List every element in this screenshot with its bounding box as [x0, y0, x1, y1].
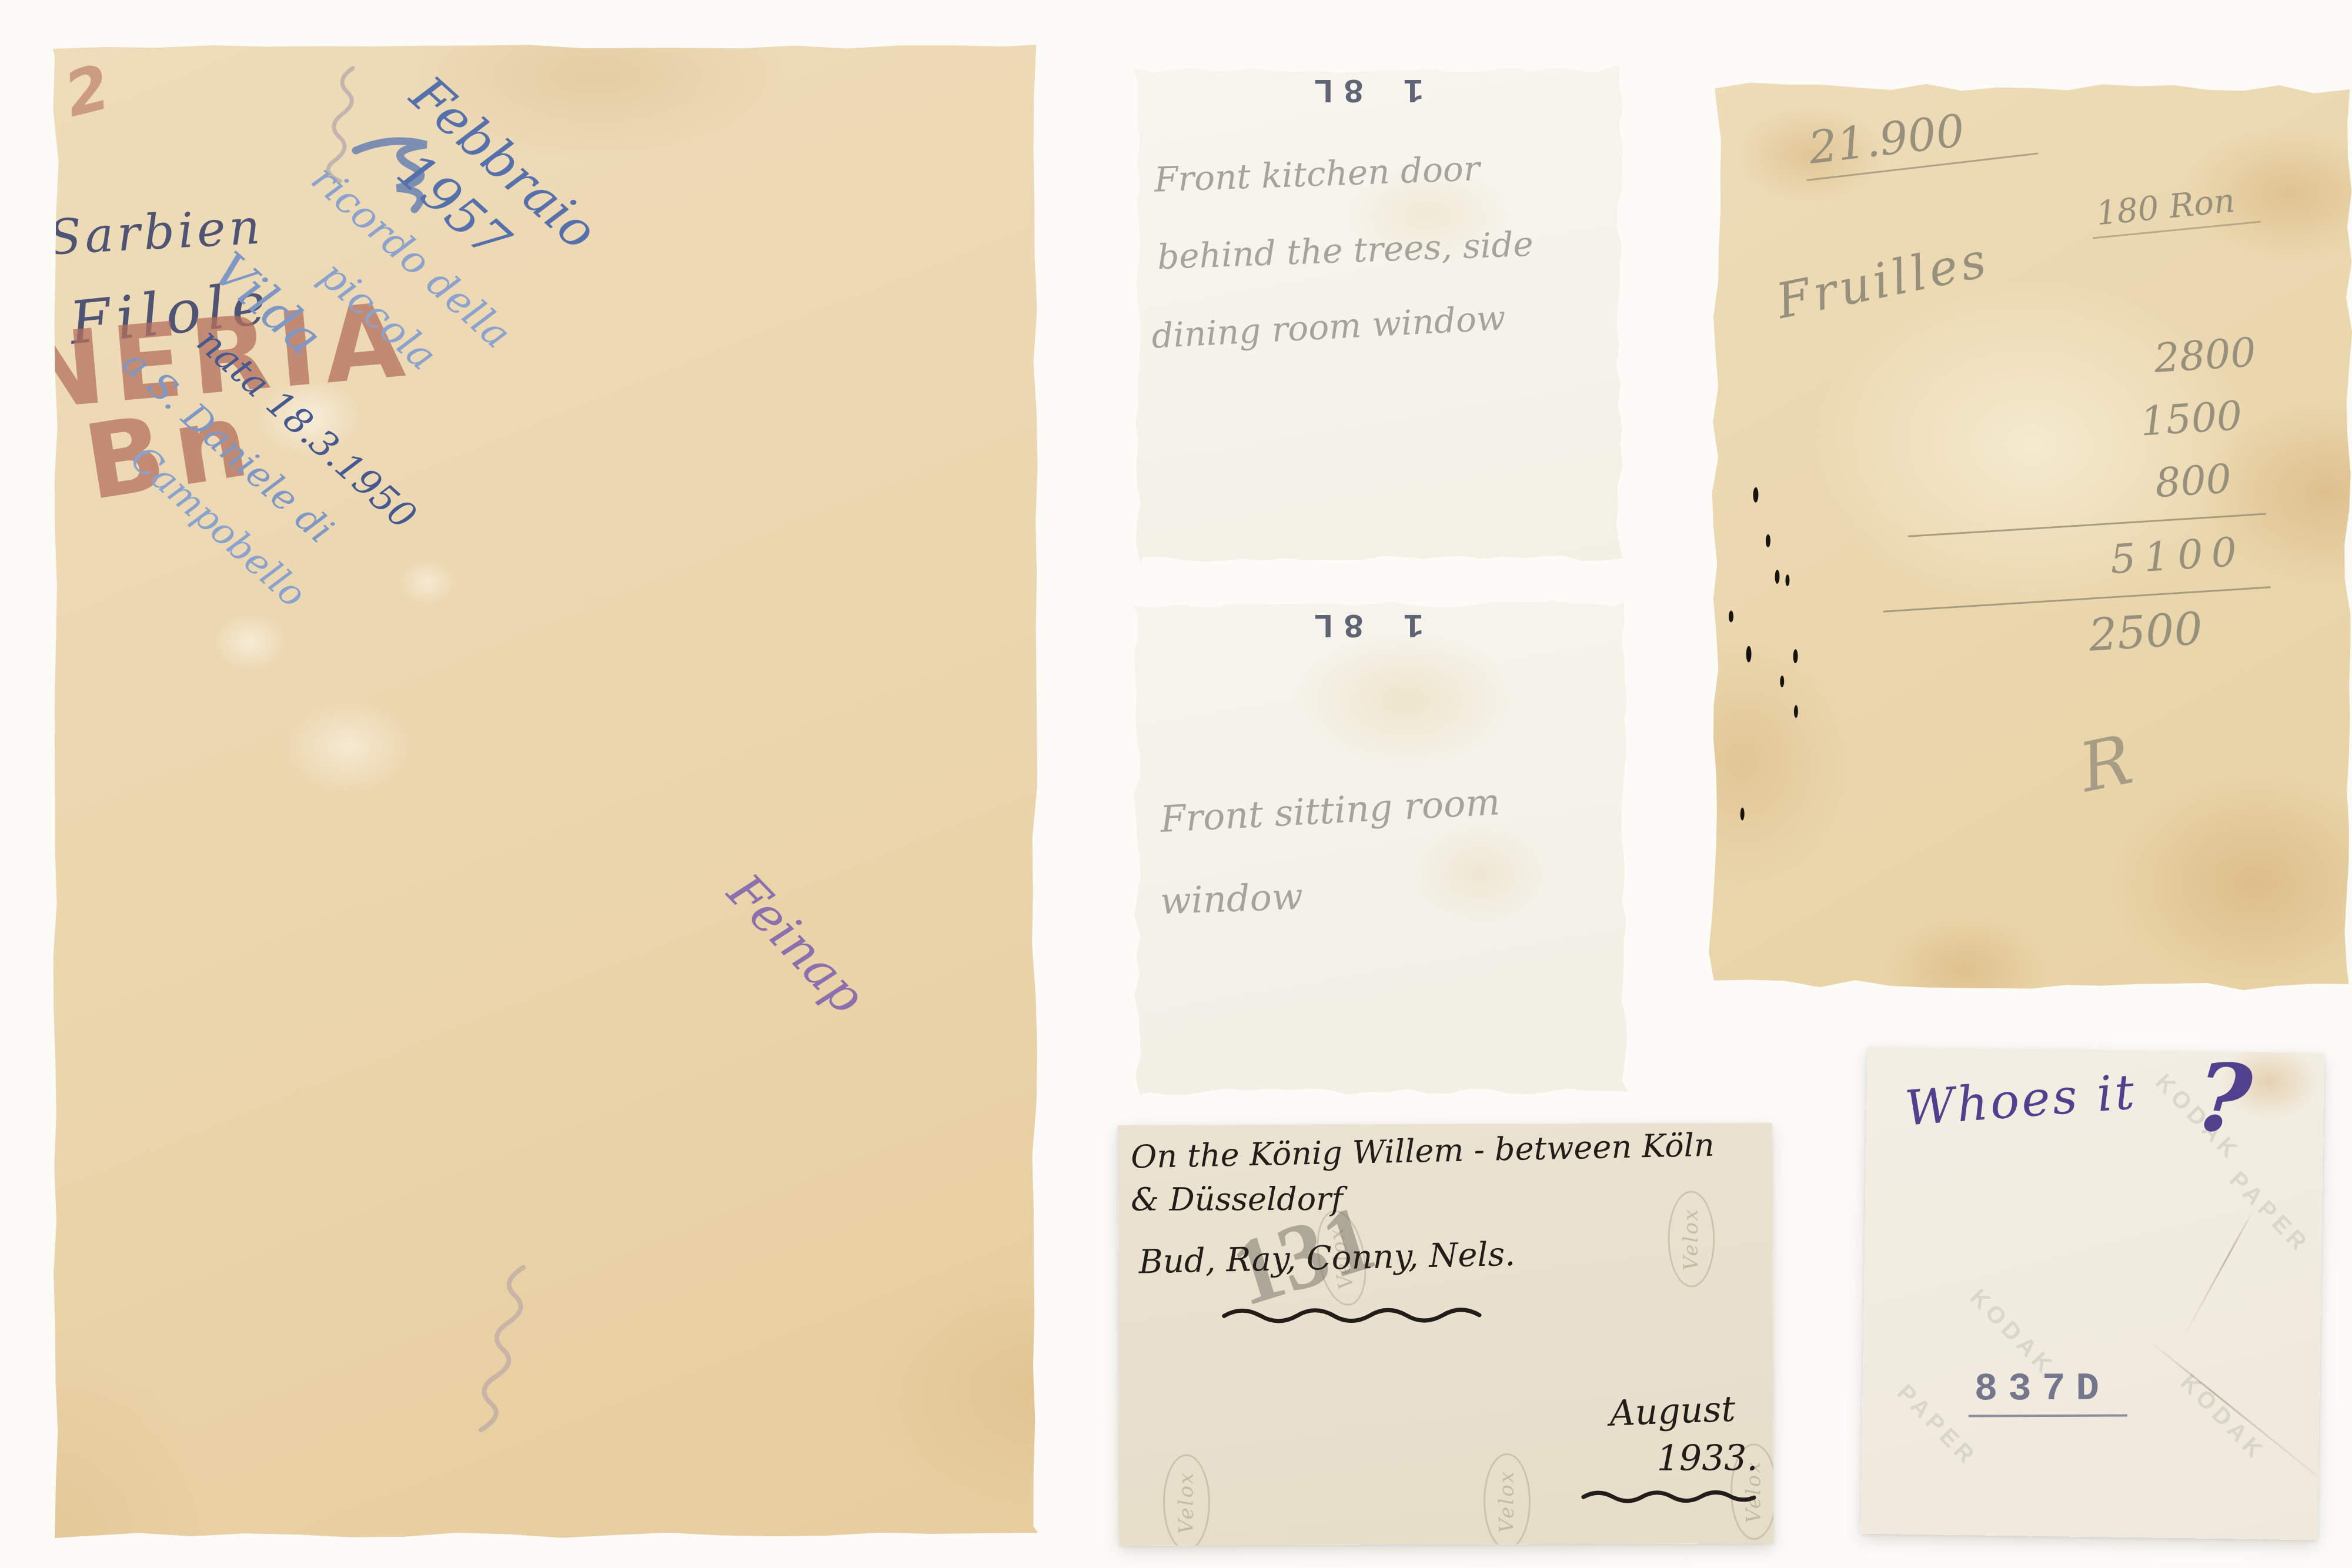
- ink-speck: [1729, 610, 1733, 622]
- ink-speck: [1775, 570, 1779, 584]
- velox-watermark: Velox: [1668, 1191, 1715, 1287]
- pencil-caption-line: dining room window: [1151, 297, 1506, 356]
- number-subtotal: 5100: [1961, 521, 2247, 601]
- flourish-underline: [1221, 1300, 1515, 1325]
- pencil-caption-line: window: [1160, 875, 1304, 922]
- purple-signature: Feinap: [717, 862, 876, 1024]
- ink-speck: [1794, 705, 1798, 718]
- ink-speck: [1746, 646, 1751, 663]
- photo-back-koenig-willem-card: Velox Velox Velox Velox Velox 131 On the…: [1118, 1123, 1773, 1546]
- ghost-scribble: [429, 1262, 559, 1450]
- velox-watermark-text: Velox: [1175, 1471, 1198, 1534]
- flourish-underline: [1581, 1485, 1757, 1506]
- photo-back-large-left: 2 Sarbien Filole NERIA Bn Febbraio 1957 …: [53, 45, 1038, 1538]
- velox-watermark: Velox: [1484, 1453, 1531, 1545]
- caption-line2: & Düsseldorf: [1131, 1181, 1343, 1218]
- ink-speck: [1785, 574, 1789, 586]
- ink-speck: [1766, 534, 1770, 547]
- ink-speck: [1740, 808, 1745, 821]
- photo-paper-stamp: 1 8L: [1304, 604, 1424, 643]
- velox-watermark: Velox: [1163, 1454, 1211, 1546]
- photo-back-sitting-room: 1 8L Front sitting room window: [1134, 601, 1628, 1095]
- date-year: 1933.: [1657, 1437, 1758, 1479]
- pencil-annotation: 180 Ron: [2089, 179, 2260, 239]
- photo-back-kitchen-door: 1 8L Front kitchen door behind the trees…: [1134, 66, 1623, 563]
- photo-paper-stamp: 1 8L: [1304, 69, 1424, 108]
- blue-handwriting-block: Febbraio 1957 ricordo della piccola Vild…: [88, 62, 652, 644]
- velox-watermark-text: Velox: [1679, 1208, 1703, 1271]
- kodak-watermark: PAPER: [2224, 1166, 2314, 1259]
- corner-crayon-mark: 2: [58, 51, 116, 131]
- question-text: Whoes it: [1903, 1064, 2139, 1137]
- pencil-caption-line: Front sitting room: [1159, 780, 1501, 841]
- ink-speck: [1793, 649, 1798, 663]
- number-stamp: 837D: [1969, 1366, 2128, 1417]
- pencil-word: Fruilles: [1772, 232, 1994, 330]
- velox-watermark-text: Velox: [1495, 1470, 1519, 1533]
- caption-line3: Bud, Ray, Conny, Nels.: [1138, 1235, 1516, 1281]
- number-final: 2500: [1966, 597, 2204, 674]
- paper-crease: [2179, 1209, 2254, 1343]
- pencil-caption-line: behind the trees, side: [1157, 224, 1534, 277]
- photo-back-whose-it: KODAK PAPER KODAK PAPER KODAK Whoes it ?…: [1860, 1047, 2324, 1540]
- pencil-number-column: 2800 1500 800 5100 2500: [1949, 322, 2275, 674]
- kodak-watermark: KODAK: [2175, 1369, 2270, 1466]
- pencil-mark: R: [2073, 721, 2139, 808]
- photo-back-calculations: 21.900 180 Ron Fruilles 2800 1500 800 51…: [1709, 81, 2352, 991]
- caption-line1: On the König Willem - between Köln: [1130, 1126, 1715, 1176]
- date-month: August: [1609, 1389, 1736, 1435]
- question-mark: ?: [2191, 1047, 2256, 1156]
- ink-speck: [1753, 487, 1758, 503]
- ink-speck: [1780, 676, 1784, 687]
- pencil-total-top: 21.900: [1800, 96, 2038, 181]
- pencil-caption-line: Front kitchen door: [1154, 148, 1481, 199]
